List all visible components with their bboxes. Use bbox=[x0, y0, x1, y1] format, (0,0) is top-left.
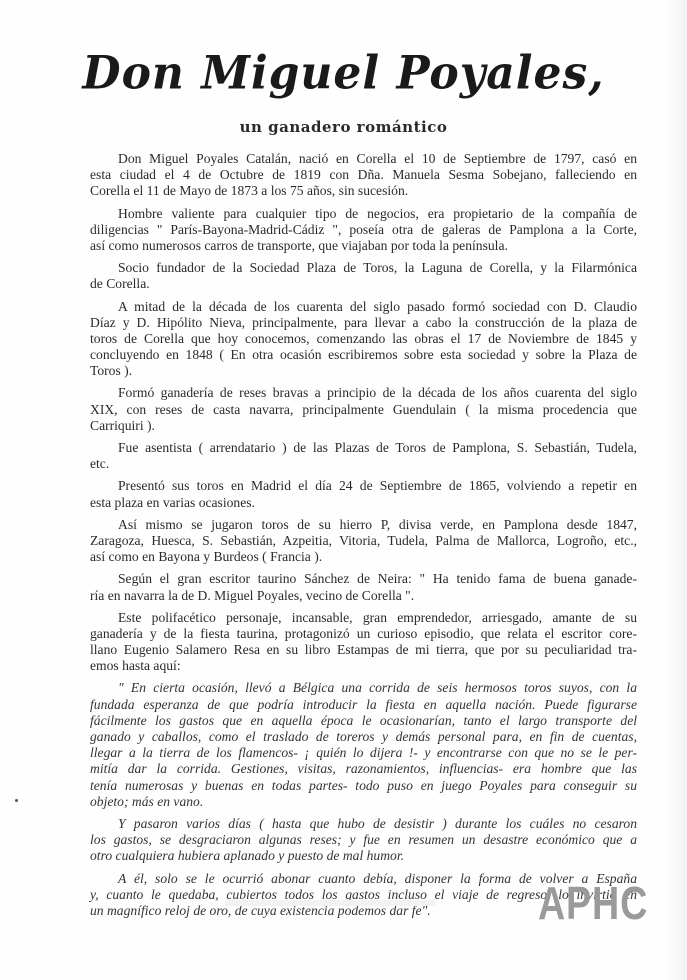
document-title: Don Miguel Poyales, bbox=[0, 47, 687, 101]
document-subtitle: un ganadero romántico bbox=[0, 118, 687, 136]
text-line: concluyendo en 1848 ( En otra ocasión es… bbox=[90, 347, 637, 363]
paragraph: A mitad de la década de los cuarenta del… bbox=[90, 299, 637, 380]
text-line: Según el gran escritor taurino Sánchez d… bbox=[90, 571, 637, 587]
text-line: Don Miguel Poyales Catalán, nació en Cor… bbox=[90, 151, 637, 167]
text-line: Toros ). bbox=[90, 363, 637, 379]
text-line: así como en Bayona y Burdeos ( Francia )… bbox=[90, 549, 637, 565]
scan-speck bbox=[15, 799, 18, 802]
text-line: Este polifacético personaje, incansable,… bbox=[90, 610, 637, 626]
text-line: Socio fundador de la Sociedad Plaza de T… bbox=[90, 260, 637, 276]
text-line: ría en navarra la de D. Miguel Poyales, … bbox=[90, 588, 637, 604]
text-line: toros de Corella que hoy conocemos, come… bbox=[90, 331, 637, 347]
text-line: otro cualquiera hubiera aplanado y puest… bbox=[90, 848, 637, 864]
text-line: Corella el 11 de Mayo de 1873 a los 75 a… bbox=[90, 183, 637, 199]
scan-edge-shadow bbox=[665, 0, 687, 980]
text-line: fundada esperanza de que podría introduc… bbox=[90, 697, 637, 713]
text-line: Presentó sus toros en Madrid el día 24 d… bbox=[90, 478, 637, 494]
quote-paragraph: Y pasaron varios días ( hasta que hubo d… bbox=[90, 816, 637, 865]
text-line: tenía numerosas y buenas en todas partes… bbox=[90, 778, 637, 794]
paragraph: Este polifacético personaje, incansable,… bbox=[90, 610, 637, 675]
paragraph: Así mismo se jugaron toros de su hierro … bbox=[90, 517, 637, 566]
aphc-watermark-logo: APHC bbox=[538, 876, 648, 930]
text-line: así como numerosos carros de transporte,… bbox=[90, 238, 637, 254]
text-line: llano Eugenio Salamero Resa en su libro … bbox=[90, 642, 637, 658]
text-line: diligencias " París-Bayona-Madrid-Cádiz … bbox=[90, 222, 637, 238]
paragraph: Formó ganadería de reses bravas a princi… bbox=[90, 385, 637, 434]
paragraph: Presentó sus toros en Madrid el día 24 d… bbox=[90, 478, 637, 510]
text-line: " En cierta ocasión, llevó a Bélgica una… bbox=[90, 680, 637, 696]
text-line: llegar a la tierra de los flamencos- ¡ q… bbox=[90, 745, 637, 761]
text-line: ganado y caballos, como el traslado de t… bbox=[90, 729, 637, 745]
text-line: emos hasta aquí: bbox=[90, 658, 637, 674]
text-line: XIX, con reses de casta navarra, princip… bbox=[90, 402, 637, 418]
paragraph: Hombre valiente para cualquier tipo de n… bbox=[90, 206, 637, 255]
document-body: Don Miguel Poyales Catalán, nació en Cor… bbox=[90, 151, 637, 925]
text-line: A mitad de la década de los cuarenta del… bbox=[90, 299, 637, 315]
text-line: mitía dar la corrida. Gestiones, visitas… bbox=[90, 761, 637, 777]
text-line: fácilmente los gastos que en aquella épo… bbox=[90, 713, 637, 729]
text-line: ganadería y de la fiesta taurina, protag… bbox=[90, 626, 637, 642]
text-line: Fue asentista ( arrendatario ) de las Pl… bbox=[90, 440, 637, 456]
paragraph: Socio fundador de la Sociedad Plaza de T… bbox=[90, 260, 637, 292]
text-line: Carriquiri ). bbox=[90, 418, 637, 434]
text-line: Formó ganadería de reses bravas a princi… bbox=[90, 385, 637, 401]
text-line: de Corella. bbox=[90, 276, 637, 292]
text-line: etc. bbox=[90, 456, 637, 472]
quote-paragraph: " En cierta ocasión, llevó a Bélgica una… bbox=[90, 680, 637, 810]
text-line: Y pasaron varios días ( hasta que hubo d… bbox=[90, 816, 637, 832]
text-line: los gastos, se desgraciaron algunas rese… bbox=[90, 832, 637, 848]
faint-bleed-through bbox=[225, 900, 435, 906]
text-line: esta plaza en varias ocasiones. bbox=[90, 495, 637, 511]
text-line: esta ciudad el 4 de Octubre de 1819 con … bbox=[90, 167, 637, 183]
text-line: Así mismo se jugaron toros de su hierro … bbox=[90, 517, 637, 533]
text-line: Hombre valiente para cualquier tipo de n… bbox=[90, 206, 637, 222]
document-page: Don Miguel Poyales, un ganadero romántic… bbox=[0, 0, 687, 980]
paragraph: Fue asentista ( arrendatario ) de las Pl… bbox=[90, 440, 637, 472]
text-line: objeto; más en vano. bbox=[90, 794, 637, 810]
paragraph: Según el gran escritor taurino Sánchez d… bbox=[90, 571, 637, 603]
text-line: Zaragoza, Huesca, S. Sebastián, Azpeitia… bbox=[90, 533, 637, 549]
text-line: Díaz y D. Hipólito Nieva, principalmente… bbox=[90, 315, 637, 331]
paragraph: Don Miguel Poyales Catalán, nació en Cor… bbox=[90, 151, 637, 200]
